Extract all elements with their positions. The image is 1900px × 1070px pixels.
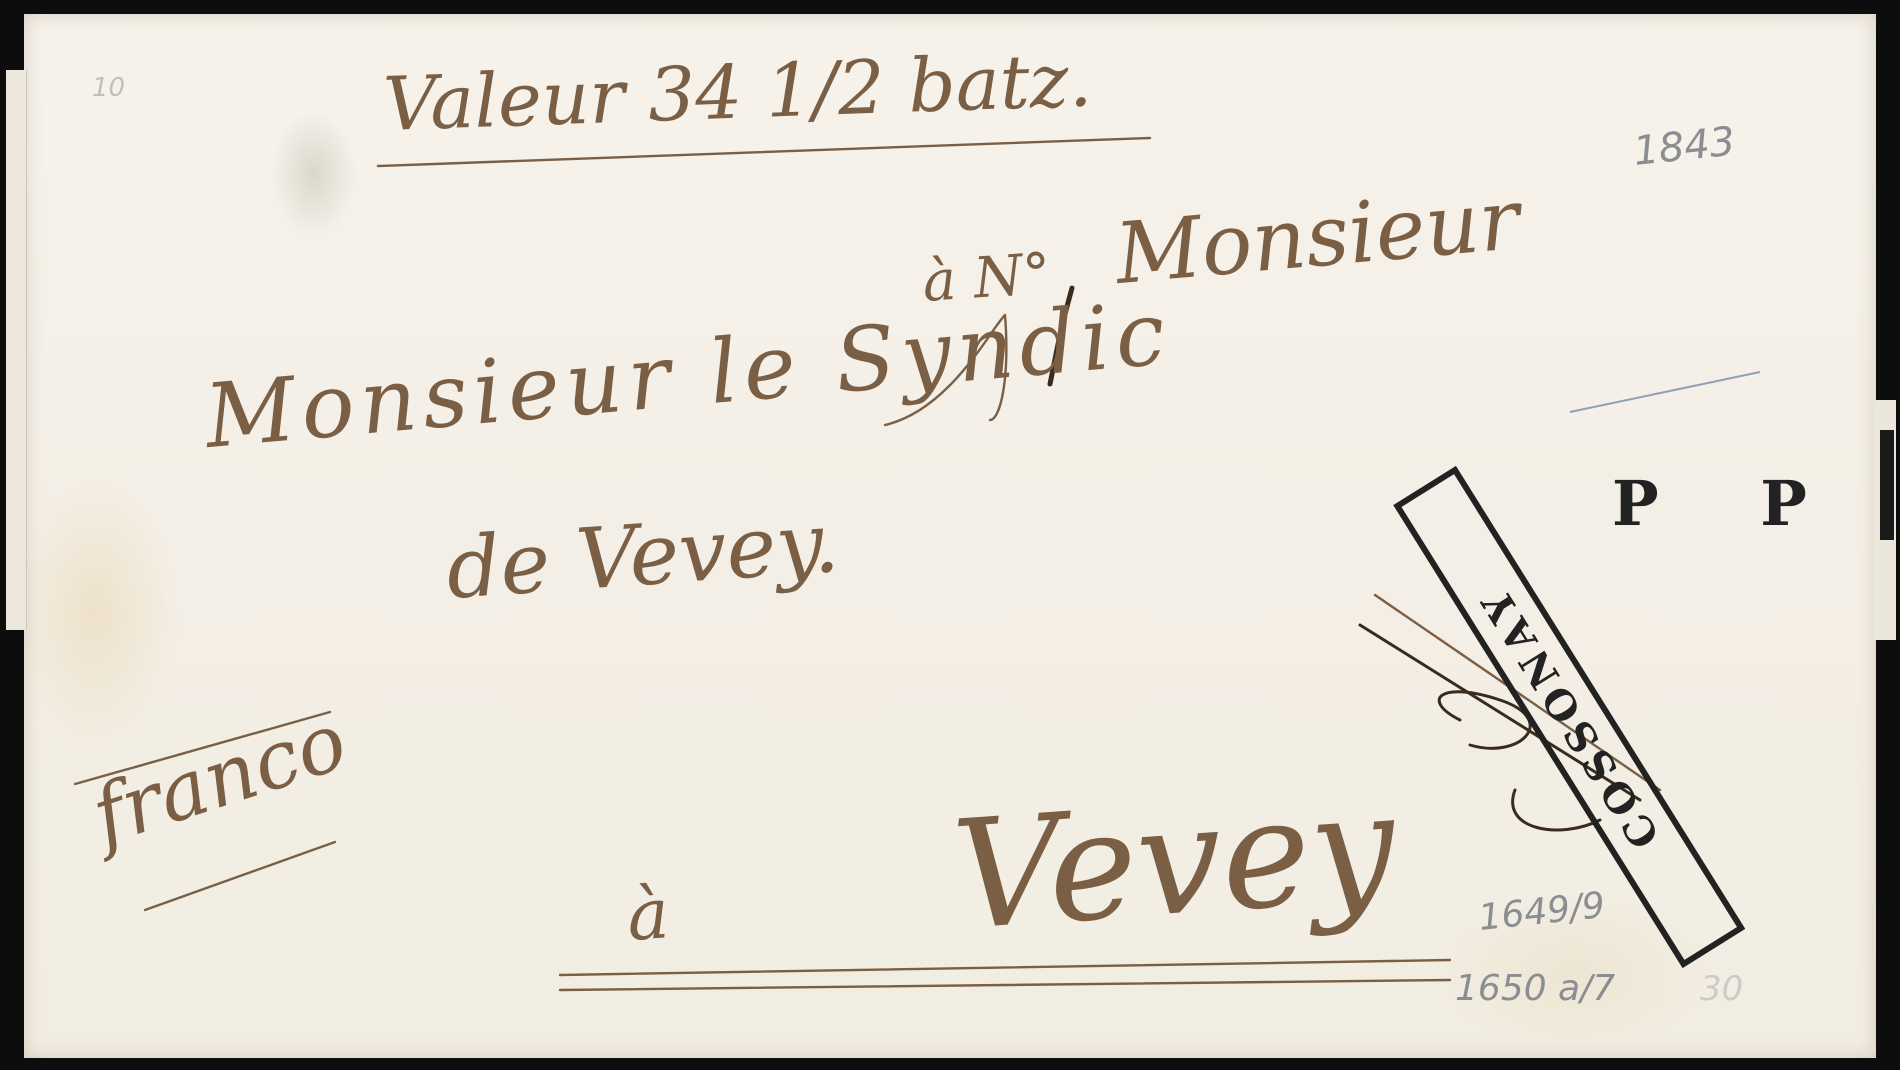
pencil-arrow (1570, 372, 1760, 412)
address-line-vevey: Vevey (948, 760, 1401, 964)
franco-underline-bottom (145, 842, 335, 910)
vevey-underline-2 (560, 980, 1450, 990)
pencil-note-year: 1843 (1631, 119, 1737, 175)
pencil-note-1: 1649/9 (1477, 885, 1607, 939)
pencil-note-faint: 30 (1700, 969, 1743, 1009)
vevey-underline-1 (560, 960, 1450, 975)
handwriting-layer: COSSONAY P P 10 1843 1649/9 1650 a/7 30 (0, 0, 1900, 1070)
cancel-text: COSSONAY (1470, 577, 1669, 857)
pencil-note-top-left: 10 (92, 73, 125, 103)
pencil-note-2: 1650 a/7 (1455, 968, 1615, 1009)
address-prefix-a: à (624, 872, 671, 957)
pp-mark: P P (1612, 467, 1847, 540)
